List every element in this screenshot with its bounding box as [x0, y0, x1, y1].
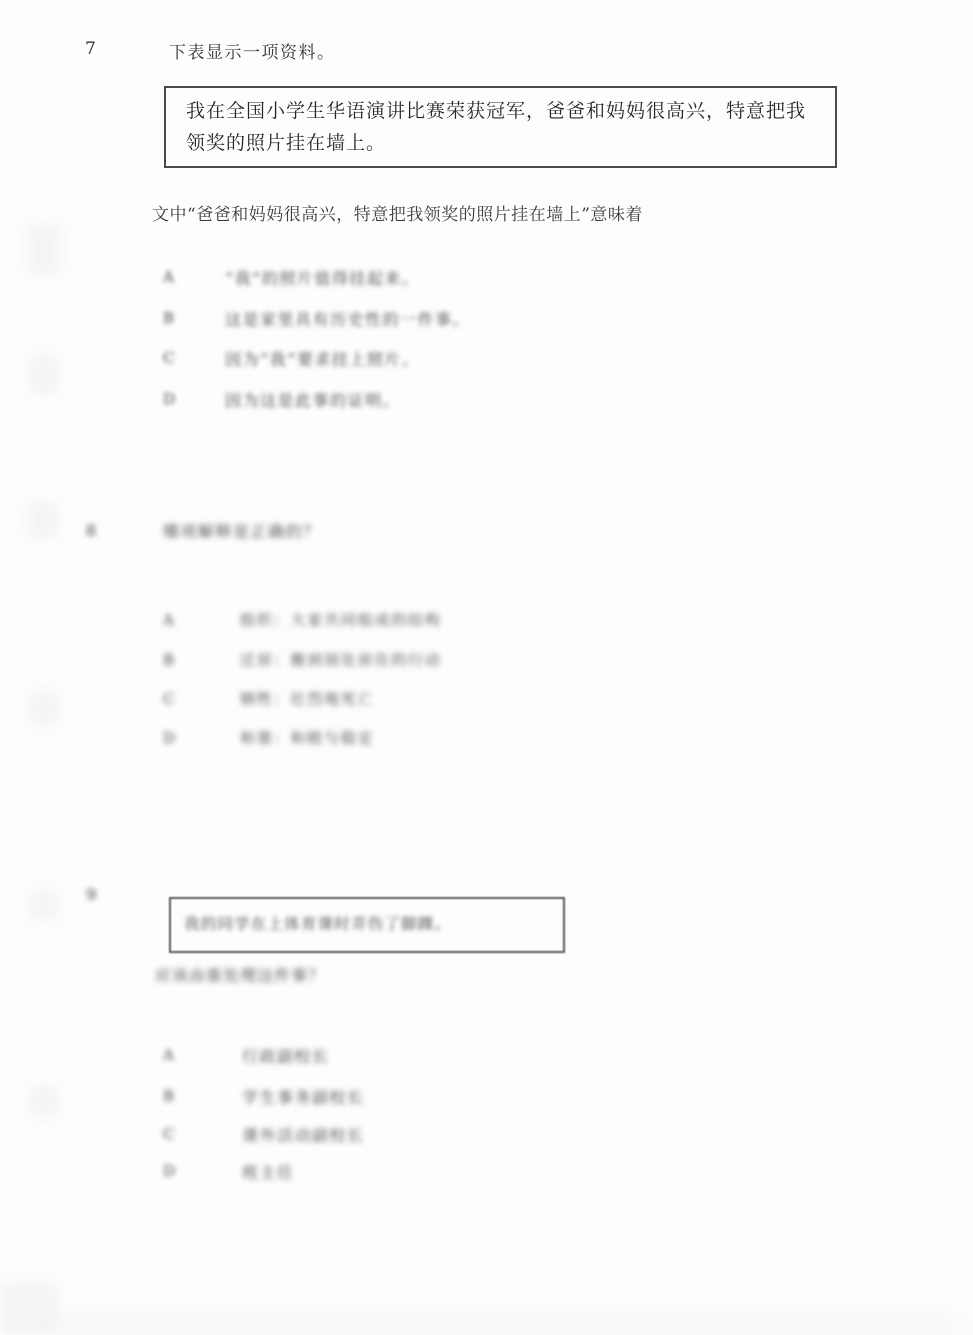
option-text: 学生事务副校长 [242, 1085, 365, 1108]
option-text: 迁居：搬到别处居住的行动 [240, 649, 442, 670]
scan-smudge [30, 692, 58, 726]
option-label: D [163, 390, 175, 408]
scan-band [55, 1318, 960, 1335]
option-label: D [163, 1162, 175, 1180]
option-label: A [163, 1046, 174, 1064]
option-text: 组织：大家共同组成的结构 [240, 609, 442, 630]
question-stem: 文中“爸爸和妈妈很高兴，特意把我领奖的照片挂在墙上”意味着 [152, 200, 643, 225]
passage-box: 我的同学在上体育课时弄伤了脚踝。 [169, 897, 565, 953]
option-text: 因为这是此事的证明。 [225, 388, 400, 411]
scan-smudge [28, 224, 60, 274]
option-text: “我”的照片值得挂起来。 [225, 266, 419, 289]
question-intro: 下表显示一项资料。 [169, 38, 336, 63]
question-number: 7 [85, 39, 96, 59]
option-text: 牺牲：壮烈地死亡 [240, 688, 374, 709]
question-number: 9 [86, 885, 96, 904]
option-label: C [163, 1125, 174, 1143]
option-text: 行政副校长 [242, 1044, 330, 1067]
question-stem: 哪项解释是正确的？ [163, 519, 321, 542]
passage-box: 我在全国小学生华语演讲比赛荣获冠军，爸爸和妈妈很高兴，特意把我领奖的照片挂在墙上… [164, 86, 837, 168]
option-label: C [163, 690, 174, 708]
scan-smudge [28, 502, 58, 538]
option-text: 和谐：和睦与稳定 [240, 727, 374, 748]
passage-text: 我的同学在上体育课时弄伤了脚踝。 [171, 899, 563, 941]
scan-smudge [0, 1283, 58, 1335]
option-text: 课外活动副校长 [242, 1123, 365, 1146]
option-label: A [163, 268, 174, 286]
option-label: B [163, 651, 174, 669]
scan-smudge [30, 890, 58, 920]
option-label: A [163, 611, 174, 629]
option-label: B [163, 1087, 174, 1105]
option-label: D [163, 729, 175, 747]
option-text: 班主任 [242, 1160, 295, 1183]
option-text: 这是家里具有历史性的一件事。 [225, 307, 470, 330]
option-label: B [163, 309, 174, 327]
question-stem: 应该由谁处理这件事？ [155, 963, 325, 986]
passage-text: 我在全国小学生华语演讲比赛荣获冠军，爸爸和妈妈很高兴，特意把我领奖的照片挂在墙上… [166, 88, 813, 159]
scan-smudge [30, 354, 58, 394]
question-number: 8 [86, 521, 96, 540]
scan-smudge [30, 1086, 58, 1116]
option-text: 因为“我”要求挂上照片。 [225, 347, 419, 370]
option-label: C [163, 349, 174, 367]
